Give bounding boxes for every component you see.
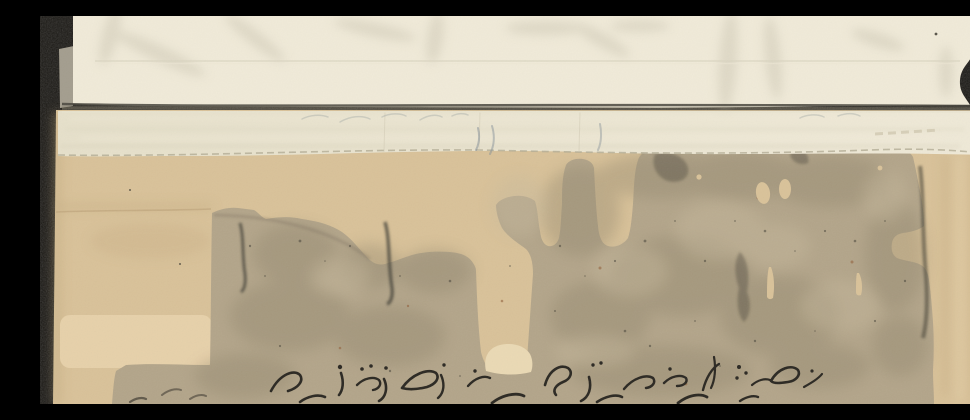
manuscript-photograph: Damaged manuscript fragment with a line … [40,16,970,404]
photograph-stage: Damaged manuscript fragment with a line … [40,16,970,404]
grain-overlay [40,16,970,404]
